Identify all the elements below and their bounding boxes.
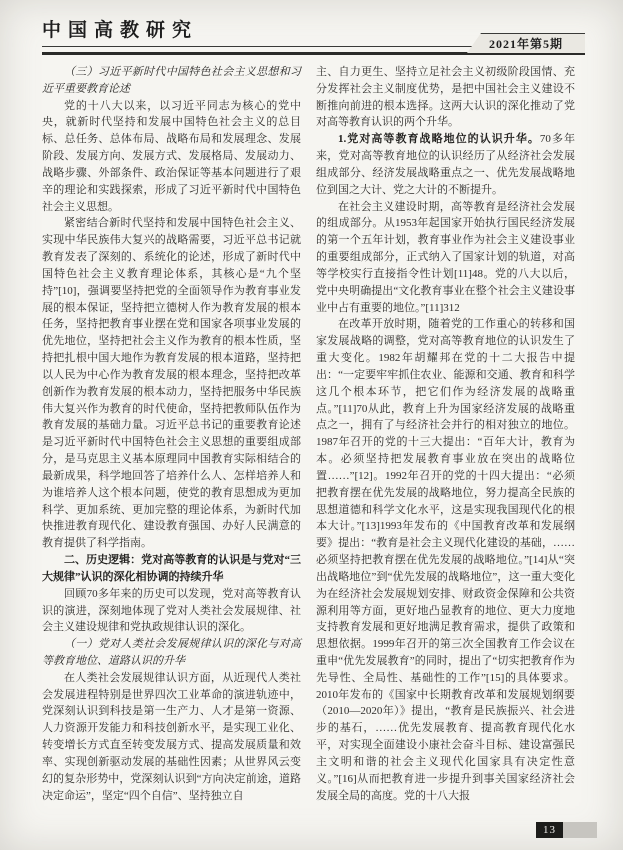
subsection-heading: （三）习近平新时代中国特色社会主义思想和习近平重要教育论述 <box>42 64 301 98</box>
paragraph: 在改革开放时期，随着党的工作重心的转移和国家发展战略的调整，党对高等教育地位的认… <box>316 316 575 804</box>
paragraph: 回顾70多年来的历史可以发现，党对高等教育认识的演进，深刻地体现了党对人类社会发… <box>42 586 301 636</box>
journal-page: 中国高教研究 2021年第5期 （三）习近平新时代中国特色社会主义思想和习近平重… <box>0 0 623 850</box>
paragraph: 紧密结合新时代坚持和发展中国特色社会主义、实现中华民族伟大复兴的战略需要，习近平… <box>42 215 301 552</box>
issue-badge: 2021年第5期 <box>467 33 585 53</box>
left-column: （三）习近平新时代中国特色社会主义思想和习近平重要教育论述 党的十八大以来，以习… <box>42 64 301 804</box>
paragraph: 在社会主义建设时期，高等教育是经济社会发展的组成部分。从1953年起国家开始执行… <box>316 199 575 317</box>
right-column: 主、自力更生、坚持立足社会主义初级阶段国情、充分发挥社会主义制度优势，是把中国社… <box>316 64 575 804</box>
page-number: 13 <box>536 822 563 838</box>
paragraph: 主、自力更生、坚持立足社会主义初级阶段国情、充分发挥社会主义制度优势，是把中国社… <box>316 64 575 131</box>
paragraph: 党的十八大以来，以习近平同志为核心的党中央，就新时代坚持和发展中国特色社会主义的… <box>42 98 301 216</box>
issue-label: 2021年第5期 <box>489 37 563 51</box>
section-heading: 二、历史逻辑：党对高等教育的认识是与党对“三大规律”认识的深化相协调的持续升华 <box>42 552 301 586</box>
page-header: 中国高教研究 2021年第5期 <box>42 16 585 52</box>
paragraph: 在人类社会发展规律认识方面，从近现代人类社会发展进程特别是世界四次工业革命的演进… <box>42 670 301 805</box>
article-body: （三）习近平新时代中国特色社会主义思想和习近平重要教育论述 党的十八大以来，以习… <box>42 64 585 804</box>
subsection-heading: （一）党对人类社会发展规律认识的深化与对高等教育地位、道路认识的升华 <box>42 636 301 670</box>
run-in-heading: 1.党对高等教育战略地位的认识升华。 <box>338 133 540 145</box>
paragraph: 1.党对高等教育战略地位的认识升华。70多年来，党对高等教育地位的认识经历了从经… <box>316 131 575 198</box>
page-footer: 13 <box>536 822 597 838</box>
page-number-bar <box>563 822 597 838</box>
